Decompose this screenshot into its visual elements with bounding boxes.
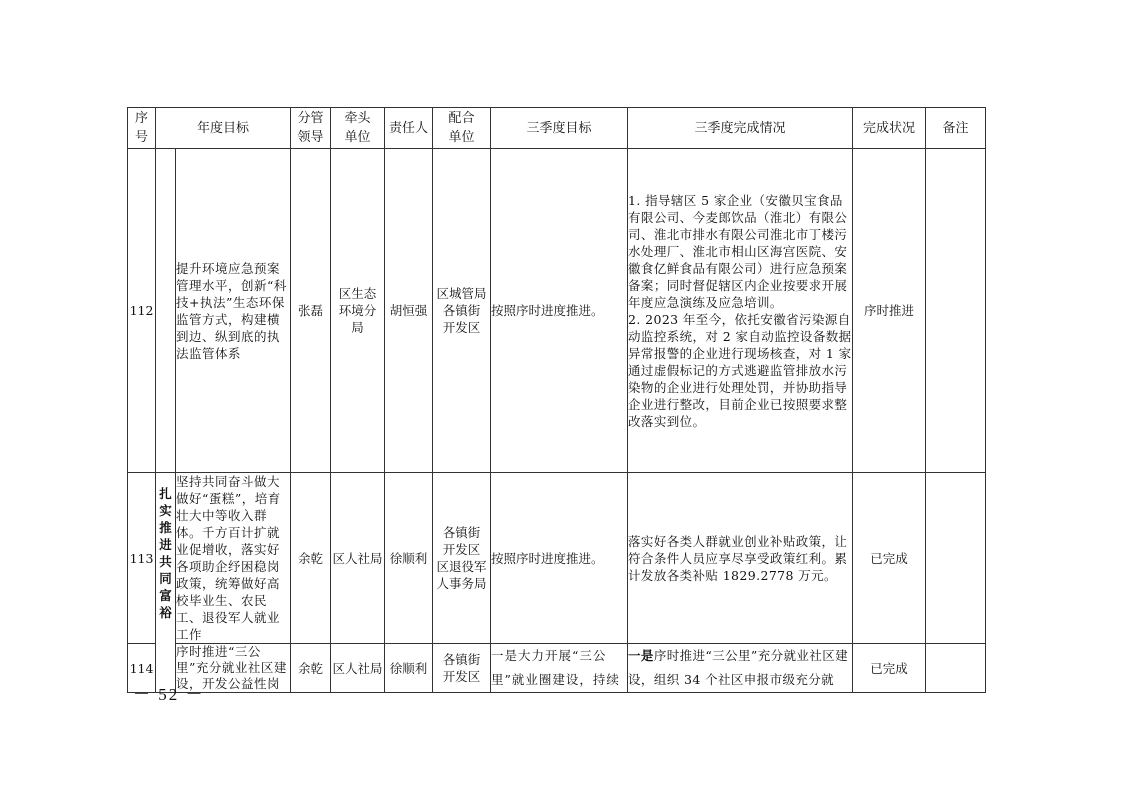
header-seq-line: 序 bbox=[128, 109, 155, 128]
header-responsible: 责任人 bbox=[385, 108, 433, 149]
status-cell: 已完成 bbox=[853, 473, 926, 644]
table-row: 114 序时推进“三公里”充分就业社区建设，开发公益性岗 余乾 区人社局 徐顺利… bbox=[128, 644, 986, 693]
annual-goal-cell: 坚持共同奋斗做大做好“蛋糕”，培育壮大中等收入群体。千方百计扩就业促增收，落实好… bbox=[176, 473, 291, 644]
leader-cell: 张磊 bbox=[291, 149, 331, 473]
seq-cell: 113 bbox=[128, 473, 156, 644]
status-cell: 序时推进 bbox=[853, 149, 926, 473]
leader-cell: 余乾 bbox=[291, 473, 331, 644]
q3-goal-cell: 一是大力开展“三公里”就业圈建设，持续 bbox=[491, 644, 628, 693]
coop-unit-line: 开发区 bbox=[433, 541, 490, 558]
table-row: 113 扎 实 推 进 共 同 富 裕 坚持共同奋斗做大做好“蛋糕”，培育壮大中… bbox=[128, 473, 986, 644]
q3-progress-cell: 1. 指导辖区 5 家企业（安徽贝宝食品有限公司、今麦郎饮品（淮北）有限公司、淮… bbox=[628, 149, 853, 473]
coop-unit-line: 人事务局 bbox=[433, 575, 490, 592]
category-char: 扎 bbox=[156, 485, 175, 502]
coop-unit-line: 各镇街 bbox=[433, 524, 490, 541]
leader-cell: 余乾 bbox=[291, 644, 331, 693]
category-char: 富 bbox=[156, 587, 175, 604]
header-seq: 序 号 bbox=[128, 108, 156, 149]
lead-unit-cell: 区生态环境分局 bbox=[331, 149, 385, 473]
page-number: － 52 － bbox=[133, 680, 205, 705]
header-leader: 分管 领导 bbox=[291, 108, 331, 149]
q3-progress-cell: 落实好各类人群就业创业补贴政策，让符合条件人员应享尽享受政策红利。累计发放各类补… bbox=[628, 473, 853, 644]
lead-unit-cell: 区人社局 bbox=[331, 473, 385, 644]
coop-unit-line: 区城管局 bbox=[433, 285, 490, 302]
category-char: 推 bbox=[156, 519, 175, 536]
coop-unit-line: 区退役军 bbox=[433, 558, 490, 575]
category-char: 进 bbox=[156, 536, 175, 553]
category-char: 裕 bbox=[156, 604, 175, 621]
header-remarks: 备注 bbox=[926, 108, 986, 149]
category-char: 实 bbox=[156, 502, 175, 519]
responsible-cell: 胡恒强 bbox=[385, 149, 433, 473]
header-coop-unit: 配合 单位 bbox=[433, 108, 491, 149]
header-leader-line: 分管 bbox=[291, 109, 330, 128]
header-coop-unit-line: 单位 bbox=[433, 128, 490, 147]
remarks-cell bbox=[926, 149, 986, 473]
responsible-cell: 徐顺利 bbox=[385, 473, 433, 644]
category-cell: 扎 实 推 进 共 同 富 裕 bbox=[156, 473, 176, 693]
category-char: 共 bbox=[156, 553, 175, 570]
header-row: 序 号 年度目标 分管 领导 牵头 单位 责任人 配合 单位 三季度目标 三季度… bbox=[128, 108, 986, 149]
seq-cell: 112 bbox=[128, 149, 156, 473]
header-lead-unit: 牵头 单位 bbox=[331, 108, 385, 149]
coop-unit-cell: 各镇街 开发区 区退役军 人事务局 bbox=[433, 473, 491, 644]
header-annual-goal: 年度目标 bbox=[156, 108, 291, 149]
header-q3-goal: 三季度目标 bbox=[491, 108, 628, 149]
table-row: 112 提升环境应急预案管理水平，创新“科技+执法”生态环保监管方式，构建横到边… bbox=[128, 149, 986, 473]
q3-goal-cell: 按照序时进度推进。 bbox=[491, 149, 628, 473]
remarks-cell bbox=[926, 644, 986, 693]
responsible-cell: 徐顺利 bbox=[385, 644, 433, 693]
remarks-cell bbox=[926, 473, 986, 644]
coop-unit-cell: 各镇街 开发区 bbox=[433, 644, 491, 693]
header-coop-unit-line: 配合 bbox=[433, 109, 490, 128]
q3-progress-paragraph: 落实好各类人群就业创业补贴政策，让符合条件人员应享尽享受政策红利。累计发放各类补… bbox=[628, 533, 852, 584]
q3-goal-cell: 按照序时进度推进。 bbox=[491, 473, 628, 644]
header-seq-line: 号 bbox=[128, 128, 155, 147]
coop-unit-line: 开发区 bbox=[433, 319, 490, 336]
category-char: 同 bbox=[156, 570, 175, 587]
q3-progress-cell: 一是序时推进“三公里”充分就业社区建设，组织 34 个社区申报市级充分就 bbox=[628, 644, 853, 693]
lead-unit-cell: 区人社局 bbox=[331, 644, 385, 693]
header-lead-unit-line: 单位 bbox=[331, 128, 384, 147]
header-status: 完成状况 bbox=[853, 108, 926, 149]
header-lead-unit-line: 牵头 bbox=[331, 109, 384, 128]
category-cell-empty bbox=[156, 149, 176, 473]
annual-goal-cell: 提升环境应急预案管理水平，创新“科技+执法”生态环保监管方式，构建横到边、纵到底… bbox=[176, 149, 291, 473]
header-q3-progress: 三季度完成情况 bbox=[628, 108, 853, 149]
status-cell: 已完成 bbox=[853, 644, 926, 693]
header-leader-line: 领导 bbox=[291, 128, 330, 147]
coop-unit-cell: 区城管局 各镇街 开发区 bbox=[433, 149, 491, 473]
q3-progress-emphasis: 一是 bbox=[628, 648, 654, 663]
coop-unit-line: 开发区 bbox=[433, 668, 490, 685]
coop-unit-line: 各镇街 bbox=[433, 651, 490, 668]
coop-unit-line: 各镇街 bbox=[433, 302, 490, 319]
work-progress-table: 序 号 年度目标 分管 领导 牵头 单位 责任人 配合 单位 三季度目标 三季度… bbox=[127, 107, 986, 693]
q3-progress-paragraph: 1. 指导辖区 5 家企业（安徽贝宝食品有限公司、今麦郎饮品（淮北）有限公司、淮… bbox=[628, 192, 852, 311]
q3-progress-paragraph: 2. 2023 年至今，依托安徽省污染源自动监控系统，对 2 家自动监控设备数据… bbox=[628, 311, 852, 430]
q3-progress-text: 序时推进“三公里”充分就业社区建设，组织 34 个社区申报市级充分就 bbox=[628, 648, 848, 687]
